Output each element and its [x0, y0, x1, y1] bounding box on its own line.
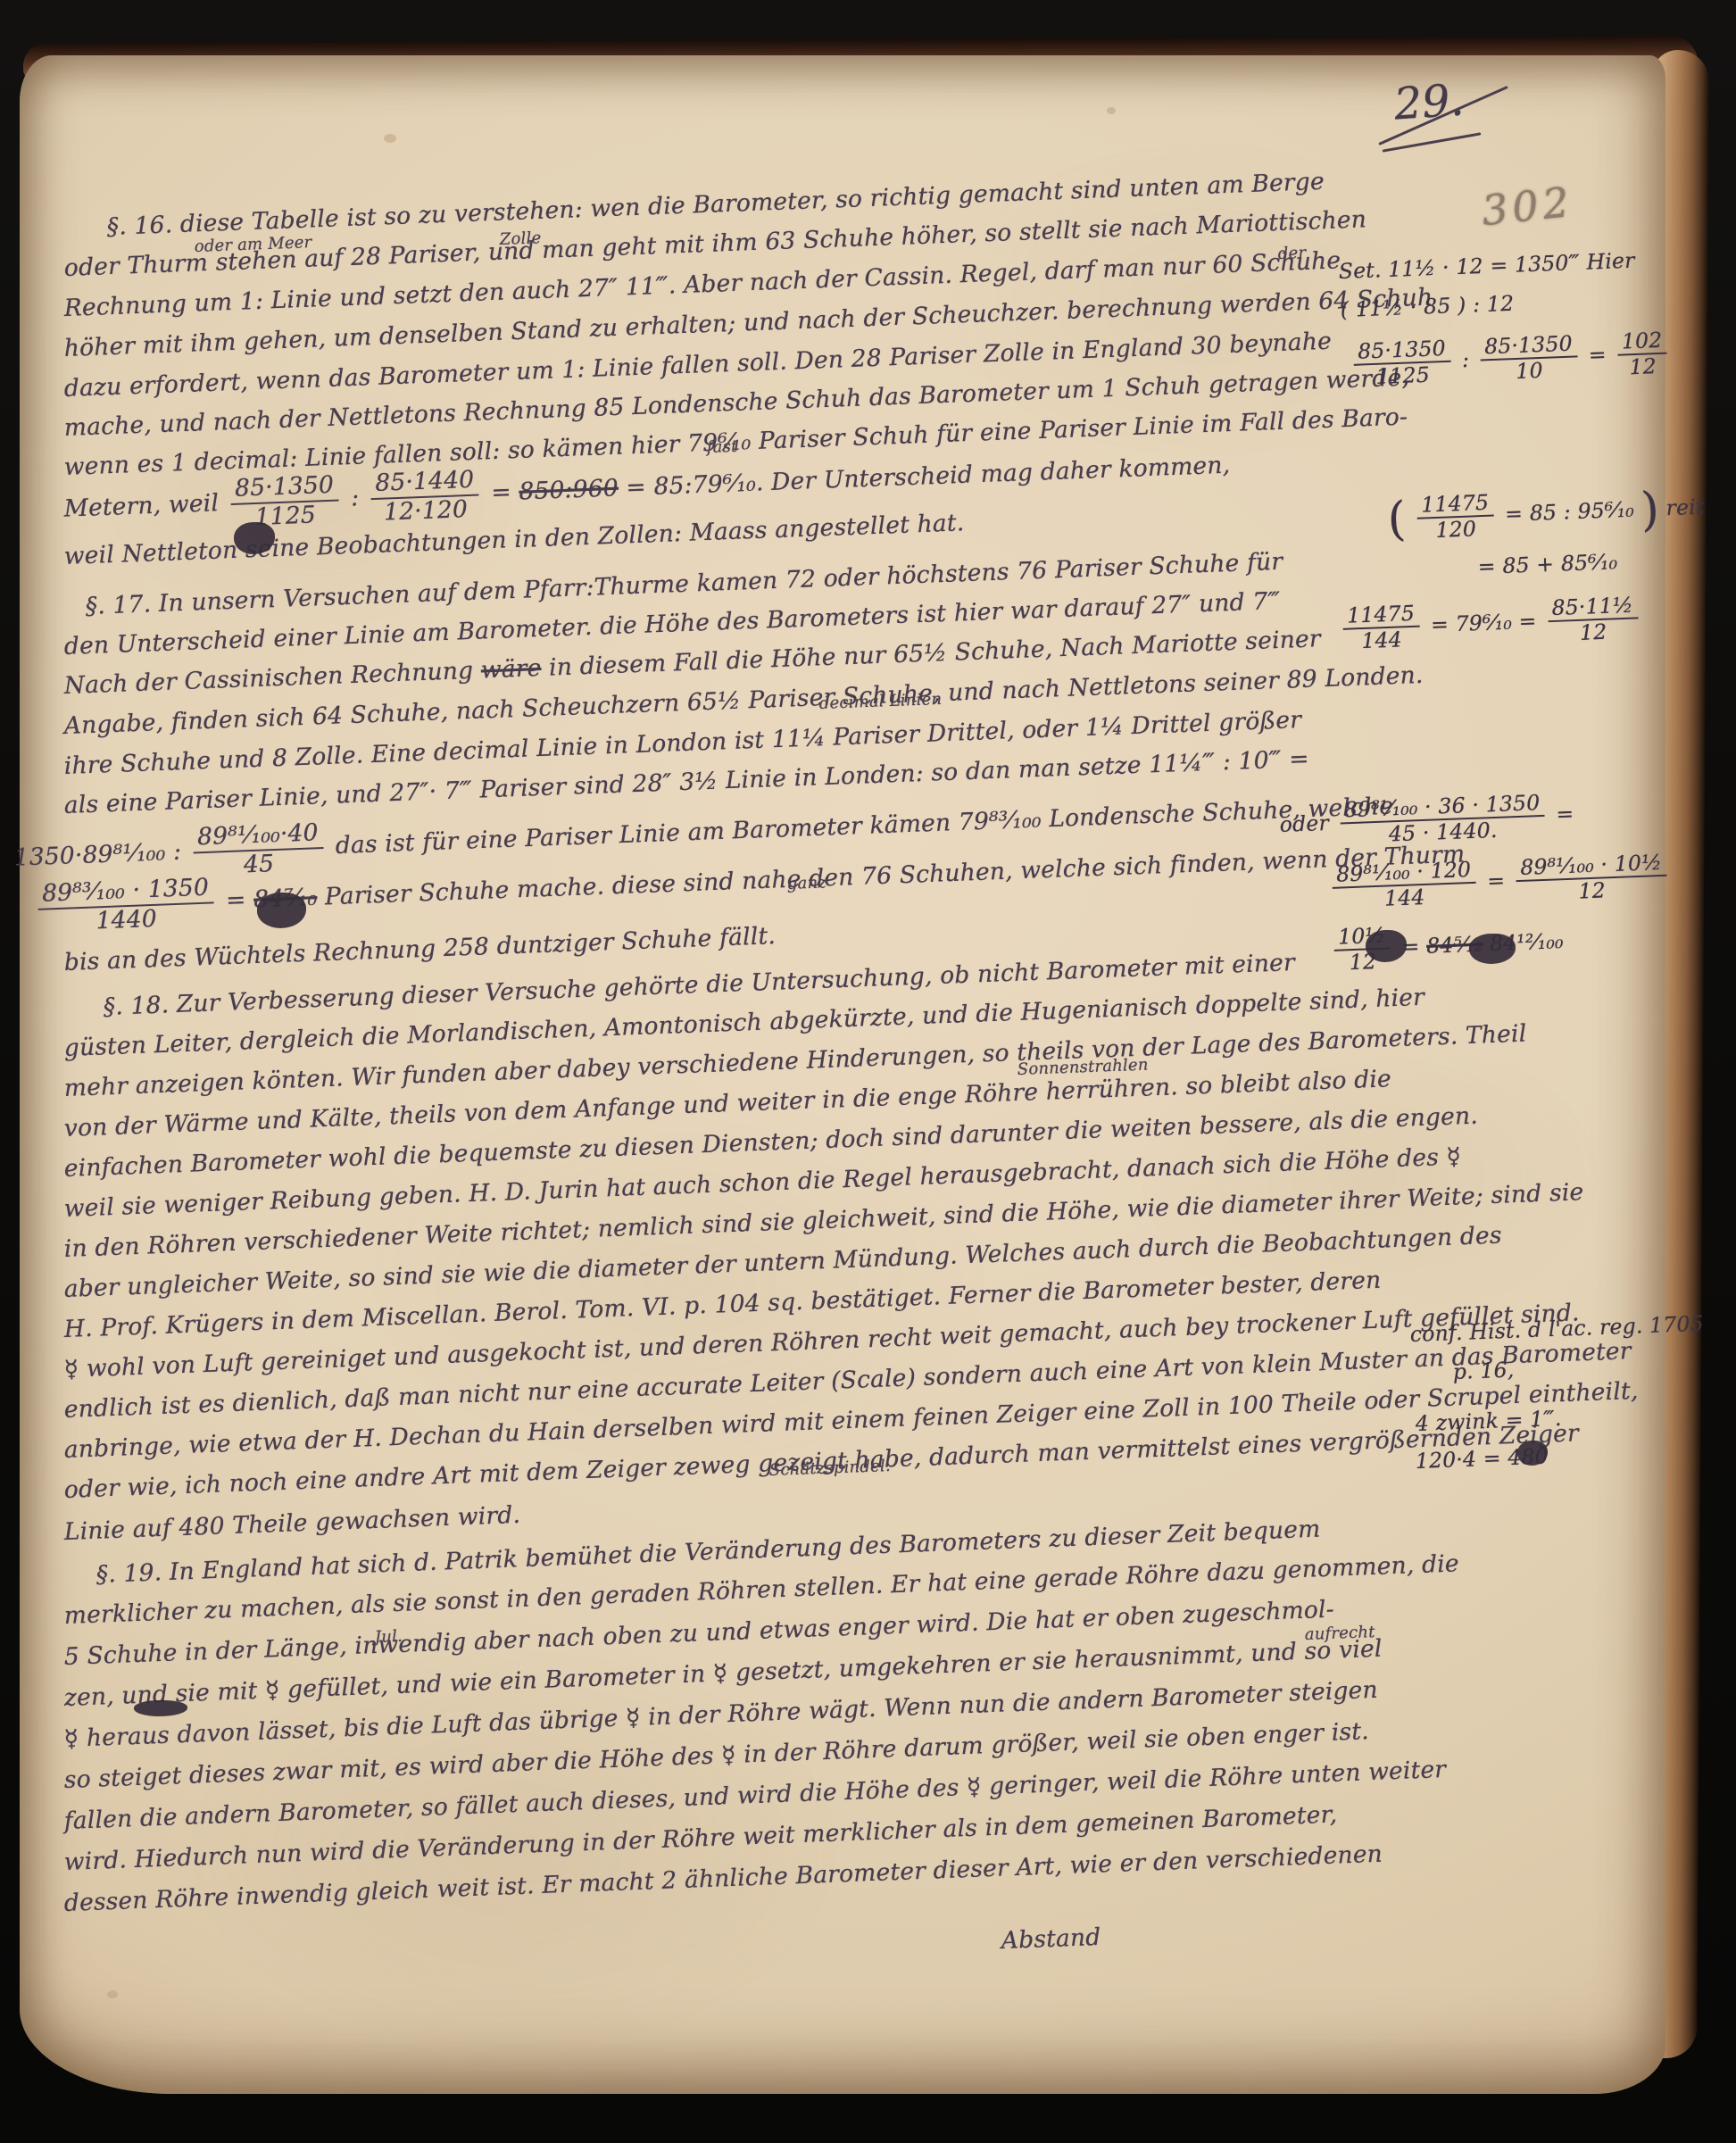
margin-note: p. 16, [1452, 1354, 1515, 1387]
fraction: 85·11½12 [1547, 594, 1639, 646]
fraction: 11475120 [1416, 492, 1495, 544]
interlinear-insertion: fast [706, 432, 738, 463]
interlinear-insertion: oder am Meer [194, 228, 312, 262]
formula-text: = [226, 886, 247, 915]
interlinear-insertion: Zolle [499, 223, 542, 255]
fraction: 89⁸¹⁄₁₀₀ · 120144 [1332, 859, 1477, 913]
interlinear-insertion: aufrecht [1304, 1617, 1375, 1650]
interlinear-insertion: ganz [786, 868, 826, 900]
archive-stamp: 302 [1479, 178, 1575, 235]
margin-calc: = 85 + 85⁶⁄₁₀ [1477, 546, 1618, 582]
foxing-spot [107, 1990, 118, 1998]
formula-text: = [1487, 868, 1506, 893]
interlinear-insertion: decimal Linien [818, 685, 943, 719]
paren: ( [1387, 493, 1408, 547]
formula-text: oder [1279, 810, 1329, 837]
formula-text: = 79⁶⁄₁₀ = [1431, 609, 1537, 637]
fraction: 11475144 [1342, 602, 1421, 654]
fraction: 89⁸¹⁄₁₀₀ · 10½12 [1516, 851, 1668, 906]
margin-note: ( 11½ · 85 ) : 12 [1340, 288, 1515, 325]
text-line: Abstand [1001, 1923, 1101, 1956]
formula-text: = [1588, 342, 1607, 368]
interlinear-insertion: der [1277, 238, 1307, 270]
formula-text: Metern, weil [63, 489, 219, 522]
fraction: 89⁸¹⁄₁₀₀ · 36 · 135045 · 1440. [1340, 792, 1546, 848]
interlinear-insertion: Schätzspindel. [768, 1451, 891, 1486]
formula-text: : [1461, 347, 1469, 372]
fraction: 85·135010 [1480, 332, 1579, 385]
formula-text: : [351, 484, 360, 511]
formula-text: 1350·89⁸¹⁄₁₀₀ : [13, 838, 182, 872]
formula-text: = 85 : 95⁶⁄₁₀ [1505, 497, 1635, 527]
foxing-spot [384, 134, 396, 143]
struck-value: 850:960 [519, 474, 619, 505]
formula-text: 85:79⁶⁄₁₀. Der Unterscheid mag daher kom… [653, 452, 1231, 501]
fraction: 10212 [1616, 329, 1667, 380]
fraction: 89⁸³⁄₁₀₀ · 13501440 [37, 875, 215, 936]
formula-text: = [491, 478, 512, 507]
fraction: 85·144012·120 [370, 468, 480, 527]
formula-text: reit [1665, 494, 1705, 521]
interlinear-insertion: Sonnenstrahlen [1017, 1051, 1149, 1085]
formula-text: = [626, 473, 647, 502]
paren: ) [1640, 483, 1660, 537]
margin-calc: ( 11475120 = 85 : 95⁶⁄₁₀ ) reit [1387, 484, 1706, 544]
fraction: 85·13501125 [1353, 337, 1452, 390]
margin-calc: 10½12 = 84⁵⁄₁₂ 84¹²⁄₁₀₀ [1329, 918, 1565, 976]
formula-text: = [1556, 802, 1574, 827]
struck-word: wäre [480, 654, 542, 685]
foxing-spot [1107, 107, 1116, 114]
manuscript-scan: 29. 302 §. 16. diese Tabelle ist so zu v… [0, 0, 1736, 2143]
margin-note: 4 zwink = 1‴. [1415, 1403, 1562, 1439]
interlinear-insertion: Jul. [374, 1622, 403, 1653]
